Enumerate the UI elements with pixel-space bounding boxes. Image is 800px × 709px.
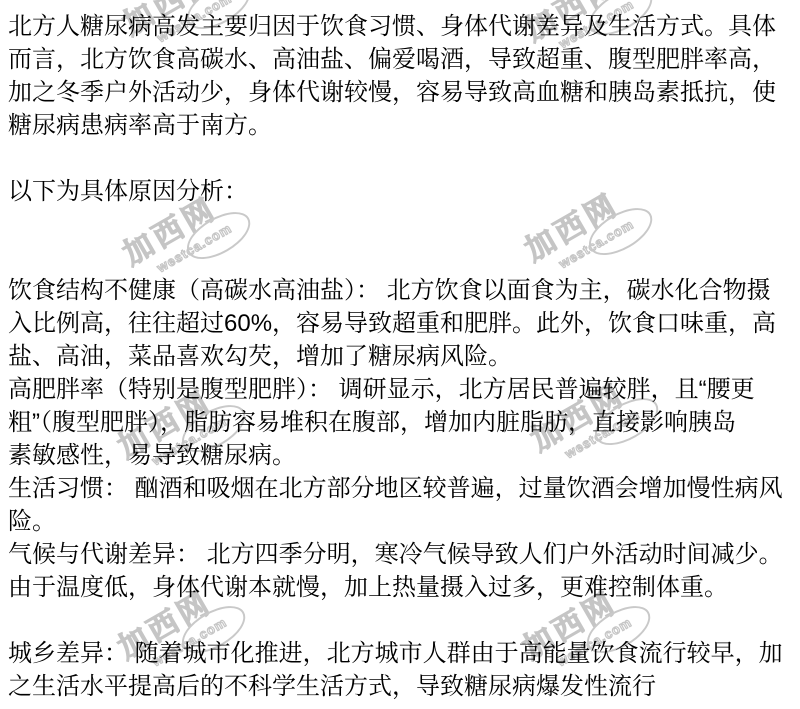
article-text: 北方人糖尿病高发主要归因于饮食习惯、身体代谢差异及生活方式。具体而言，北方饮食高…	[0, 0, 800, 703]
text-line: 加之冬季户外活动少，身体代谢较慢，容易导致高血糖和胰岛素抵抗，使	[8, 76, 792, 109]
blank-line	[8, 142, 792, 175]
text-line: 盐、高油，菜品喜欢勾芡，增加了糖尿病风险。	[8, 340, 792, 373]
blank-line	[8, 241, 792, 274]
text-line: 饮食结构不健康（高碳水高油盐）： 北方饮食以面食为主，碳水化合物摄	[8, 274, 792, 307]
text-line: 而言，北方饮食高碳水、高油盐、偏爱喝酒，导致超重、腹型肥胖率高，	[8, 43, 792, 76]
text-line: 气候与代谢差异： 北方四季分明，寒冷气候导致人们户外活动时间减少。	[8, 538, 792, 571]
text-line: 入比例高，往往超过60%，容易导致超重和肥胖。此外，饮食口味重，高	[8, 307, 792, 340]
text-line: 粗”（腹型肥胖），脂肪容易堆积在腹部，增加内脏脂肪，直接影响胰岛	[8, 406, 792, 439]
text-line: 以下为具体原因分析：	[8, 175, 792, 208]
text-line: 北方人糖尿病高发主要归因于饮食习惯、身体代谢差异及生活方式。具体	[8, 10, 792, 43]
text-line: 由于温度低，身体代谢本就慢，加上热量摄入过多，更难控制体重。	[8, 571, 792, 604]
text-line: 之生活水平提高后的不科学生活方式，导致糖尿病爆发性流行	[8, 670, 792, 703]
text-line: 城乡差异： 随着城市化推进，北方城市人群由于高能量饮食流行较早，加	[8, 637, 792, 670]
text-line: 高肥胖率（特别是腹型肥胖）： 调研显示，北方居民普遍较胖，且“腰更	[8, 373, 792, 406]
blank-line	[8, 604, 792, 637]
text-line: 素敏感性，易导致糖尿病。	[8, 439, 792, 472]
blank-line	[8, 208, 792, 241]
text-line: 糖尿病患病率高于南方。	[8, 109, 792, 142]
text-line: 险。	[8, 505, 792, 538]
text-line: 生活习惯： 酗酒和吸烟在北方部分地区较普遍，过量饮酒会增加慢性病风	[8, 472, 792, 505]
